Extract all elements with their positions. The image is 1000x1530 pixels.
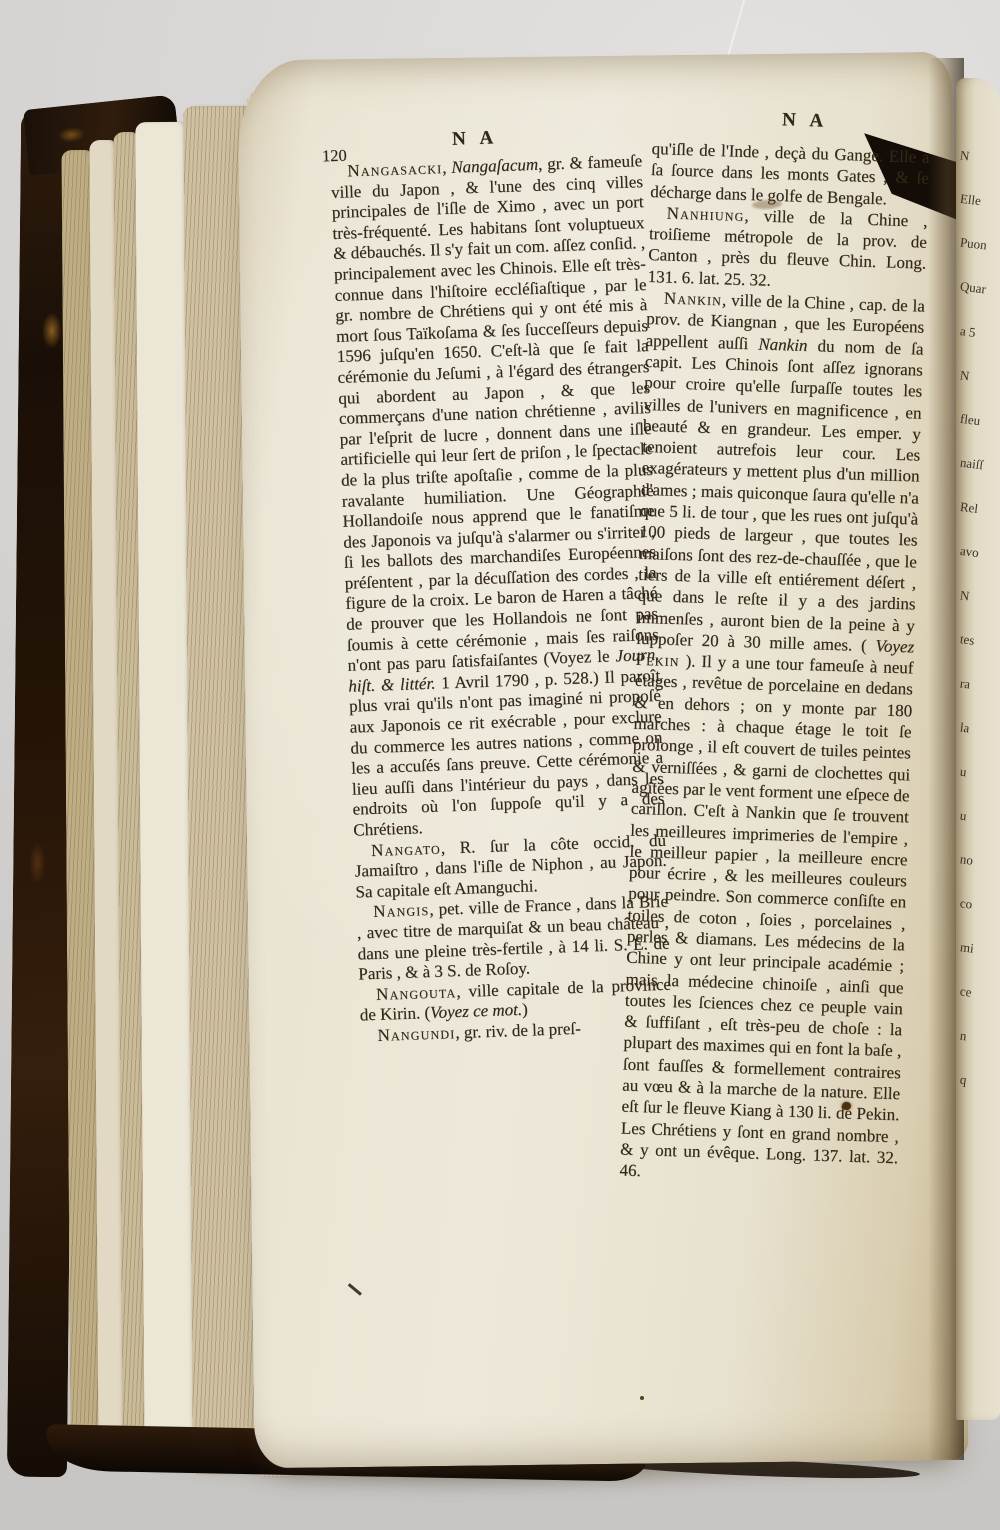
- edge-text-fragment: N: [959, 147, 970, 164]
- running-head-left: N A: [452, 127, 499, 151]
- entry-paragraph: Nangasacki, Nangaſacum, gr. & fameuſe vi…: [330, 151, 666, 841]
- ink-speck: [640, 1396, 644, 1400]
- edge-text-fragment: no: [959, 851, 974, 868]
- book-photo: NEllePuonQuara 5NfleunaiſſRelavoNtesrala…: [0, 0, 1000, 1530]
- edge-text-fragment: Quar: [959, 278, 987, 297]
- edge-text-fragment: co: [959, 895, 973, 912]
- edge-text-fragment: u: [959, 764, 967, 781]
- entry-paragraph: Nangis, pet. ville de France , dans la B…: [356, 892, 671, 985]
- edge-text-fragment: mi: [959, 939, 975, 957]
- edge-text-fragment: naiſſ: [959, 455, 984, 474]
- edge-text-fragment: u: [959, 808, 967, 825]
- edge-text-fragment: avo: [959, 543, 980, 561]
- entry-paragraph: qu'iſle de l'Inde , deçà du Gange. Elle …: [650, 138, 930, 211]
- edge-text-fragment: ra: [959, 675, 971, 692]
- ink-speck: [842, 1102, 851, 1110]
- edge-text-fragment: fleu: [959, 411, 981, 429]
- edge-text-fragment: n: [959, 1028, 967, 1045]
- facing-page-edge: NEllePuonQuara 5NfleunaiſſRelavoNtesrala…: [956, 78, 1000, 1420]
- entry-paragraph: Nanhiung, ville de la Chine , troiſieme …: [647, 202, 928, 296]
- edge-text-fragment: la: [959, 719, 970, 736]
- edge-text-fragment: q: [959, 1072, 967, 1089]
- edge-text-fragment: ce: [959, 983, 972, 1000]
- edge-text-fragment: N: [959, 587, 970, 604]
- text-column-left: Nangasacki, Nangaſacum, gr. & fameuſe vi…: [330, 151, 673, 1047]
- edge-text-fragment: a 5: [959, 323, 976, 341]
- edge-text-fragment: N: [959, 367, 970, 384]
- text-column-right: qu'iſle de l'Inde , deçà du Gange. Elle …: [619, 138, 930, 1190]
- edge-text-fragment: Puon: [959, 234, 987, 253]
- edge-text-fragment: tes: [959, 631, 975, 649]
- running-head-right: N A: [782, 109, 829, 133]
- edge-text-fragment: Elle: [959, 191, 982, 209]
- edge-text-fragment: Rel: [959, 499, 979, 517]
- entry-paragraph: Nangato, R. ſur la côte occid. du Jamaiſ…: [354, 830, 668, 903]
- entry-paragraph: Nankin, ville de la Chine , cap. de la p…: [619, 287, 925, 1190]
